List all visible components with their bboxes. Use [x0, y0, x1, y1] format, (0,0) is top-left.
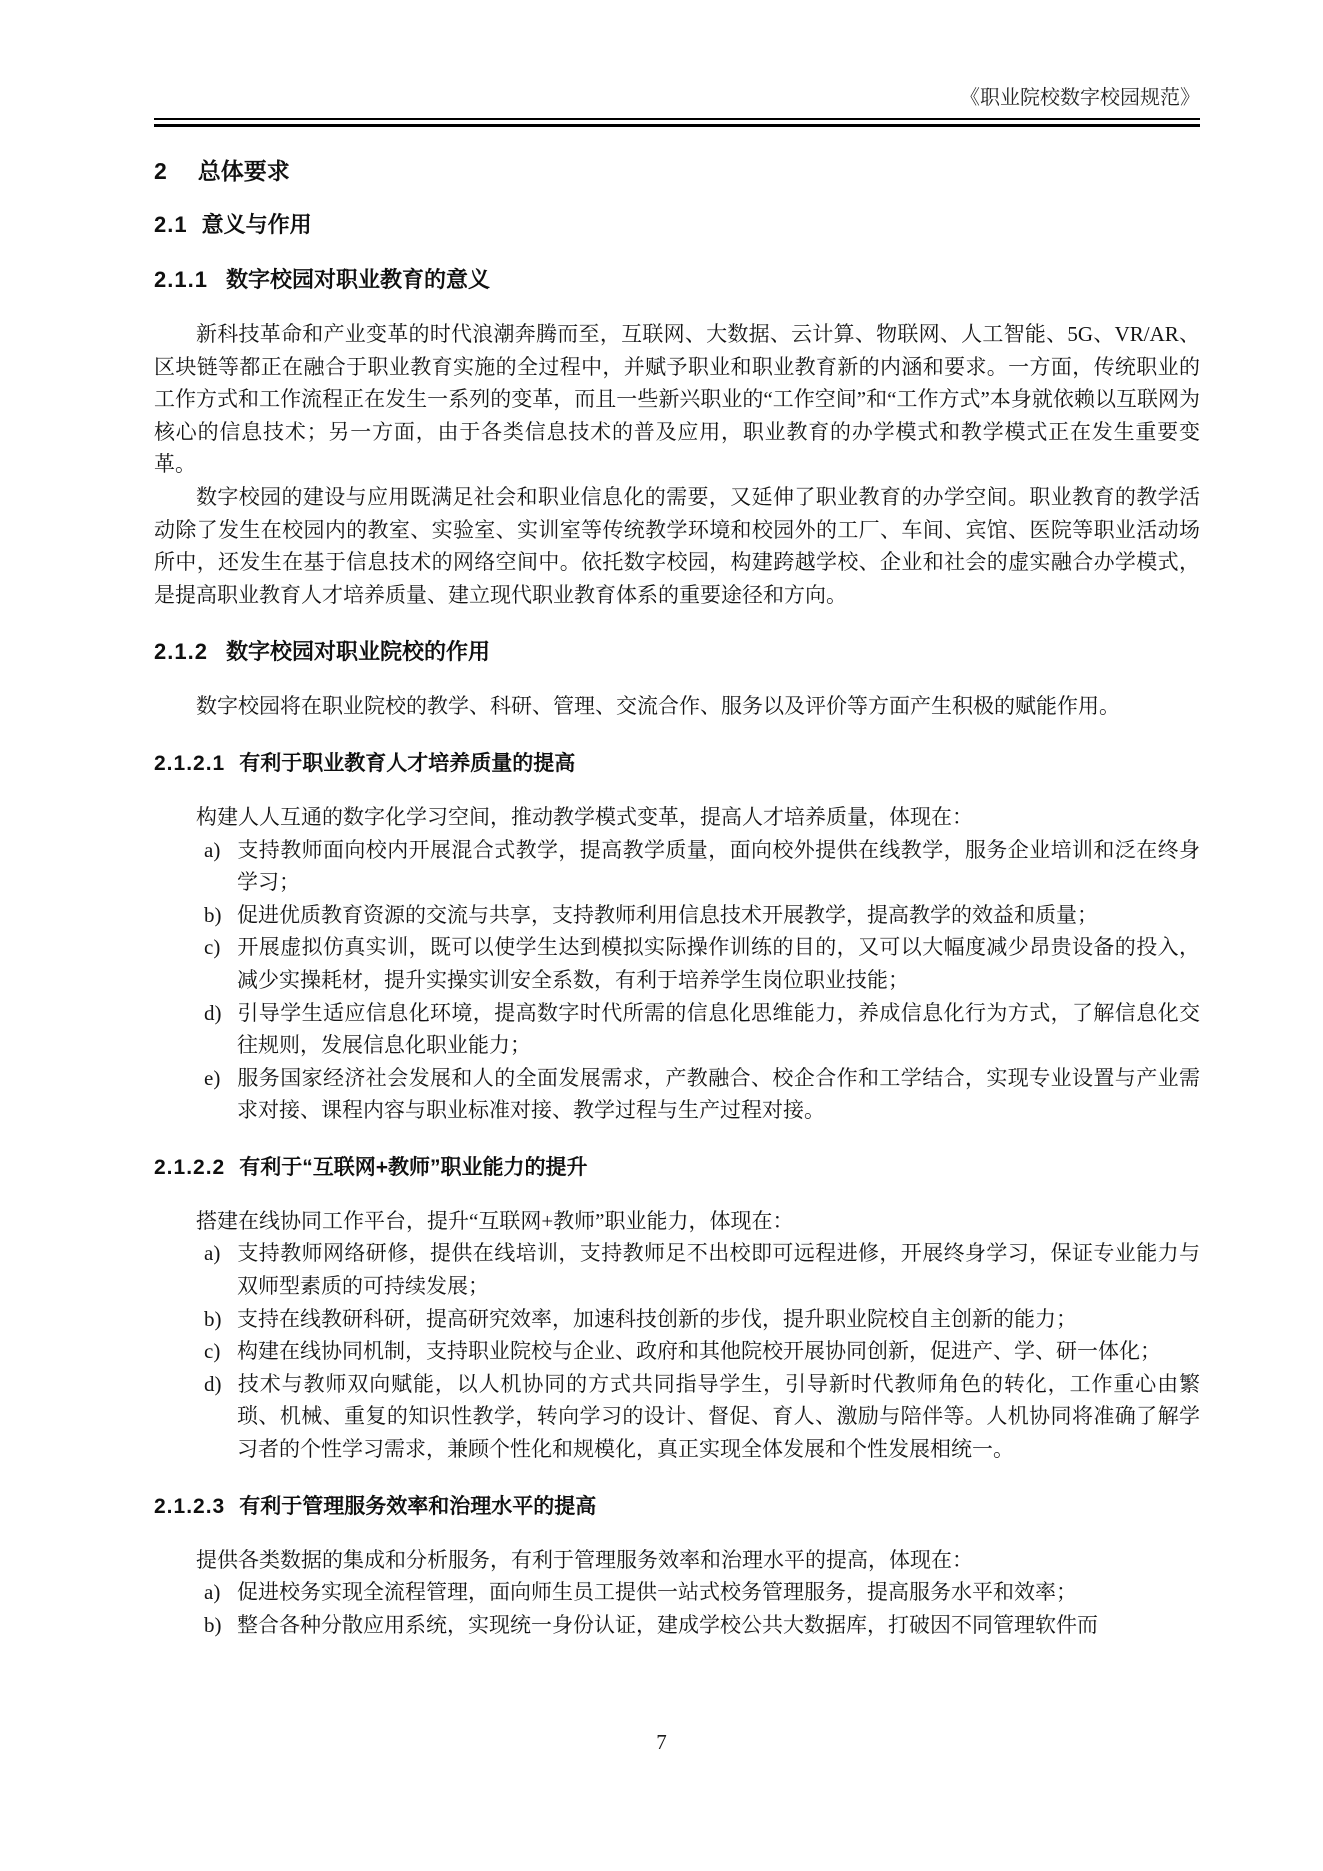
paragraph: 数字校园的建设与应用既满足社会和职业信息化的需要，又延伸了职业教育的办学空间。职… [154, 481, 1200, 611]
heading-number: 2.1.1 [154, 267, 208, 292]
list-item-text: 支持教师面向校内开展混合式教学，提高教学质量，面向校外提供在线教学，服务企业培训… [237, 838, 1200, 895]
list-item-label: c) [204, 1335, 225, 1368]
list-item-label: a) [204, 1576, 225, 1609]
list-item-label: d) [204, 1368, 225, 1401]
heading-number: 2.1.2.1 [154, 752, 225, 775]
list-item-text: 服务国家经济社会发展和人的全面发展需求，产教融合、校企合作和工学结合，实现专业设… [237, 1066, 1200, 1123]
list-item: a)促进校务实现全流程管理，面向师生员工提供一站式校务管理服务，提高服务水平和效… [154, 1576, 1200, 1609]
list-item: e)服务国家经济社会发展和人的全面发展需求，产教融合、校企合作和工学结合，实现专… [154, 1062, 1200, 1127]
list-item-label: b) [204, 1303, 225, 1336]
page-number: 7 [0, 1730, 1323, 1755]
list-item-text: 整合各种分散应用系统，实现统一身份认证，建成学校公共大数据库，打破因不同管理软件… [237, 1613, 1098, 1637]
list-item-label: c) [204, 931, 225, 964]
heading-number: 2.1.2 [154, 639, 208, 664]
heading-number: 2.1.2.2 [154, 1156, 225, 1179]
list-item: b)促进优质教育资源的交流与共享，支持教师利用信息技术开展教学，提高教学的效益和… [154, 899, 1200, 932]
ordered-list: a)促进校务实现全流程管理，面向师生员工提供一站式校务管理服务，提高服务水平和效… [154, 1576, 1200, 1641]
heading-2-1-2-1: 2.1.2.1有利于职业教育人才培养质量的提高 [154, 747, 1200, 777]
paragraph: 提供各类数据的集成和分析服务，有利于管理服务效率和治理水平的提高，体现在： [154, 1544, 1200, 1577]
paragraph: 构建人人互通的数字化学习空间，推动教学模式变革，提高人才培养质量，体现在： [154, 801, 1200, 834]
heading-number: 2.1.2.3 [154, 1495, 225, 1518]
heading-2-1: 2.1意义与作用 [154, 208, 1200, 239]
list-item: c)开展虚拟仿真实训，既可以使学生达到模拟实际操作训练的目的，又可以大幅度减少昂… [154, 931, 1200, 996]
running-header-title: 《职业院校数字校园规范》 [154, 86, 1200, 110]
heading-title: 意义与作用 [202, 212, 312, 237]
paragraph: 新科技革命和产业变革的时代浪潮奔腾而至，互联网、大数据、云计算、物联网、人工智能… [154, 318, 1200, 481]
paragraph: 搭建在线协同工作平台，提升“互联网+教师”职业能力，体现在： [154, 1205, 1200, 1238]
heading-2-1-2-3: 2.1.2.3有利于管理服务效率和治理水平的提高 [154, 1490, 1200, 1520]
list-item-text: 引导学生适应信息化环境，提高数字时代所需的信息化思维能力，养成信息化行为方式，了… [237, 1001, 1200, 1058]
heading-2-1-2-2: 2.1.2.2有利于“互联网+教师”职业能力的提升 [154, 1151, 1200, 1181]
list-item-text: 支持教师网络研修，提供在线培训，支持教师足不出校即可远程进修，开展终身学习，保证… [237, 1241, 1200, 1298]
list-item: d)技术与教师双向赋能，以人机协同的方式共同指导学生，引导新时代教师角色的转化，… [154, 1368, 1200, 1466]
list-item-text: 促进校务实现全流程管理，面向师生员工提供一站式校务管理服务，提高服务水平和效率； [237, 1580, 1077, 1604]
heading-2-1-1: 2.1.1数字校园对职业教育的意义 [154, 263, 1200, 294]
ordered-list: a)支持教师网络研修，提供在线培训，支持教师足不出校即可远程进修，开展终身学习，… [154, 1237, 1200, 1465]
list-item-label: b) [204, 1609, 225, 1642]
list-item: b)整合各种分散应用系统，实现统一身份认证，建成学校公共大数据库，打破因不同管理… [154, 1609, 1200, 1642]
list-item-text: 构建在线协同机制，支持职业院校与企业、政府和其他院校开展协同创新，促进产、学、研… [237, 1339, 1161, 1363]
list-item: d)引导学生适应信息化环境，提高数字时代所需的信息化思维能力，养成信息化行为方式… [154, 997, 1200, 1062]
document-page: 《职业院校数字校园规范》 2总体要求 2.1意义与作用 2.1.1数字校园对职业… [0, 0, 1323, 1871]
heading-title: 数字校园对职业教育的意义 [226, 267, 490, 292]
heading-number: 2.1 [154, 212, 188, 237]
list-item-label: a) [204, 834, 225, 867]
list-item: c)构建在线协同机制，支持职业院校与企业、政府和其他院校开展协同创新，促进产、学… [154, 1335, 1200, 1368]
heading-title: 有利于职业教育人才培养质量的提高 [239, 752, 575, 775]
list-item-label: b) [204, 899, 225, 932]
heading-2: 2总体要求 [154, 153, 1200, 186]
heading-title: 数字校园对职业院校的作用 [226, 639, 490, 664]
list-item: a)支持教师网络研修，提供在线培训，支持教师足不出校即可远程进修，开展终身学习，… [154, 1237, 1200, 1302]
list-item-label: a) [204, 1237, 225, 1270]
list-item-text: 支持在线教研科研，提高研究效率，加速科技创新的步伐，提升职业院校自主创新的能力； [237, 1307, 1077, 1331]
list-item-text: 开展虚拟仿真实训，既可以使学生达到模拟实际操作训练的目的，又可以大幅度减少昂贵设… [237, 935, 1200, 992]
list-item-label: e) [204, 1062, 225, 1095]
list-item-text: 促进优质教育资源的交流与共享，支持教师利用信息技术开展教学，提高教学的效益和质量… [237, 903, 1098, 927]
heading-title: 有利于“互联网+教师”职业能力的提升 [239, 1156, 587, 1179]
list-item-text: 技术与教师双向赋能，以人机协同的方式共同指导学生，引导新时代教师角色的转化，工作… [237, 1372, 1200, 1461]
paragraph: 数字校园将在职业院校的教学、科研、管理、交流合作、服务以及评价等方面产生积极的赋… [154, 690, 1200, 723]
heading-title: 有利于管理服务效率和治理水平的提高 [239, 1495, 596, 1518]
heading-number: 2 [154, 158, 168, 184]
ordered-list: a)支持教师面向校内开展混合式教学，提高教学质量，面向校外提供在线教学，服务企业… [154, 834, 1200, 1127]
list-item-label: d) [204, 997, 225, 1030]
heading-2-1-2: 2.1.2数字校园对职业院校的作用 [154, 635, 1200, 666]
heading-title: 总体要求 [198, 158, 290, 184]
header-rule [154, 118, 1200, 127]
list-item: a)支持教师面向校内开展混合式教学，提高教学质量，面向校外提供在线教学，服务企业… [154, 834, 1200, 899]
list-item: b)支持在线教研科研，提高研究效率，加速科技创新的步伐，提升职业院校自主创新的能… [154, 1303, 1200, 1336]
